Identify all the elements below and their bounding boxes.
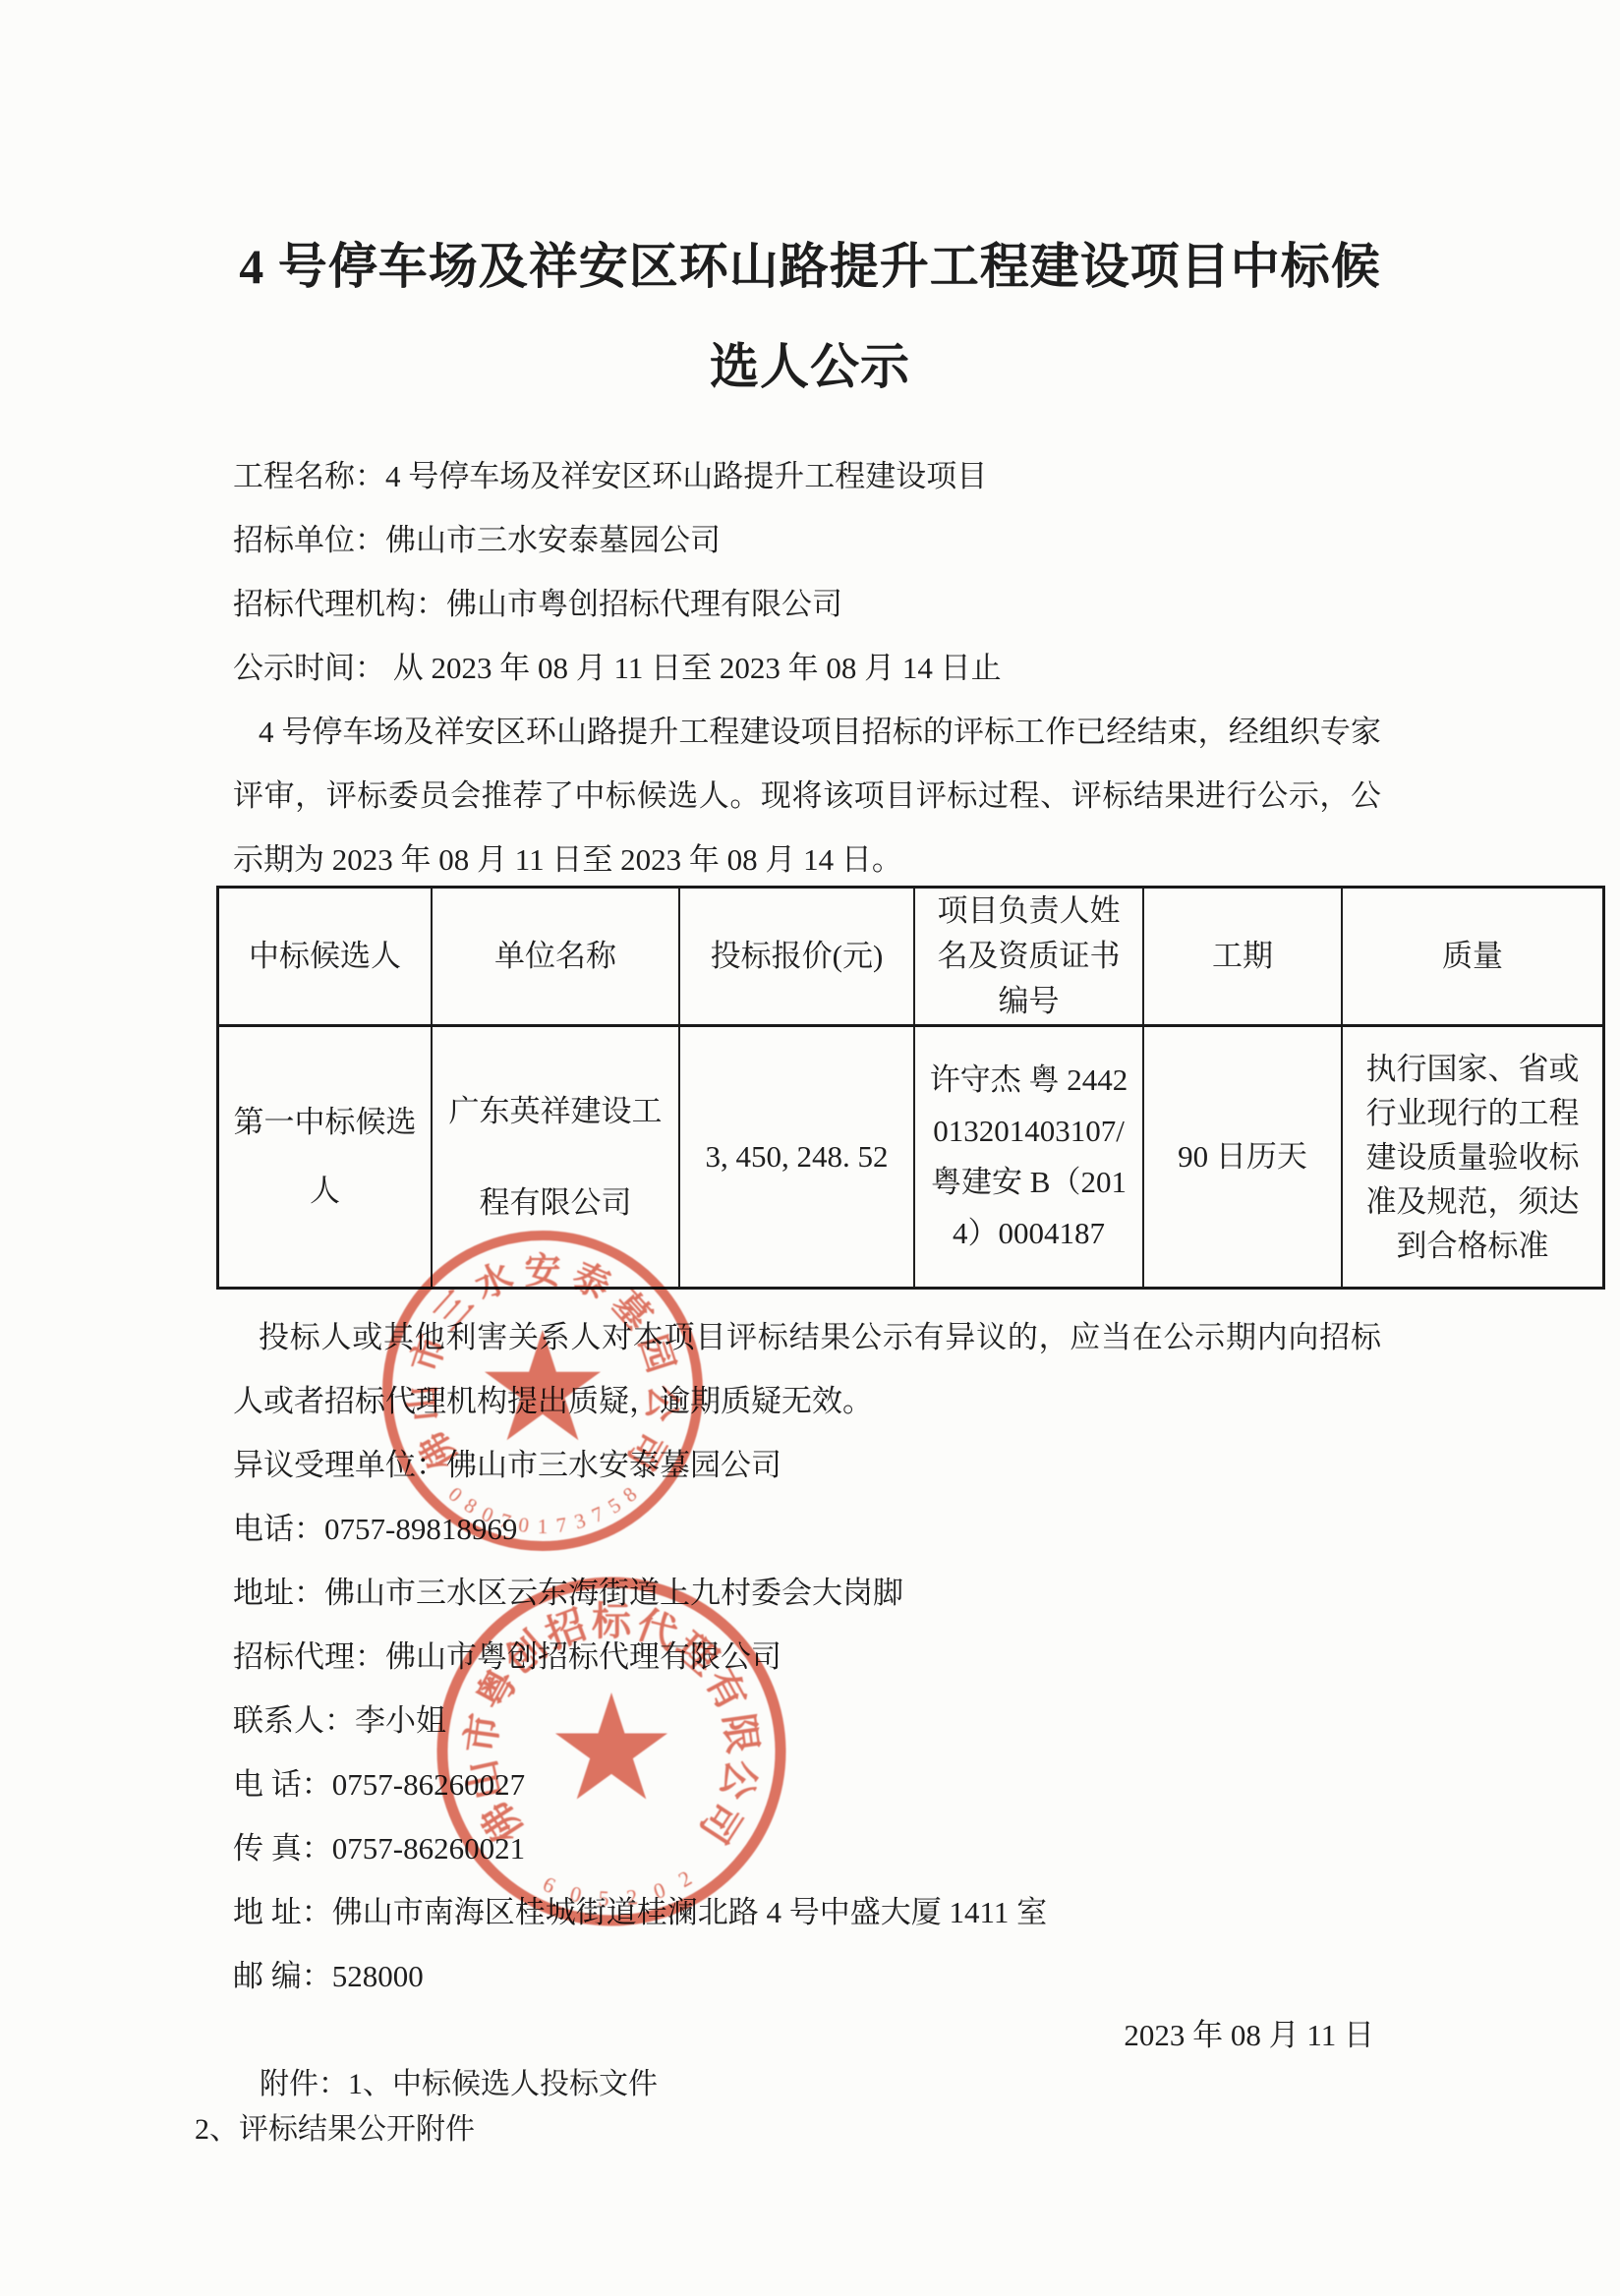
contact-line-agency-phone: 电 话：0757-86260027	[233, 1752, 1443, 1816]
attachment-line-2: 2、评标结果公开附件	[195, 2107, 1620, 2152]
info-label: 招标代理机构：	[233, 587, 446, 621]
contact-value: 0757-89818969	[324, 1512, 517, 1546]
attachment-line-1: 附件：1、中标候选人投标文件	[260, 2062, 1620, 2107]
project-info: 工程名称：4 号停车场及祥安区环山路提升工程建设项目 招标单位：佛山市三水安泰墓…	[233, 444, 1443, 700]
info-value: 4 号停车场及祥安区环山路提升工程建设项目	[385, 459, 987, 493]
contact-value: 0757-86260027	[332, 1767, 525, 1802]
contact-value: 528000	[332, 1959, 424, 1993]
issue-date: 2023 年 08 月 11 日	[0, 2008, 1620, 2062]
cell-bid-price: 3, 450, 248. 52	[679, 1026, 914, 1289]
contact-line-objection-unit: 异议受理单位：佛山市三水安泰墓园公司	[233, 1433, 1443, 1497]
header-cell-candidate: 中标候选人	[218, 888, 433, 1026]
header-cell-duration: 工期	[1143, 888, 1342, 1026]
info-line-project-name: 工程名称：4 号停车场及祥安区环山路提升工程建设项目	[233, 444, 1443, 508]
page-title-line2: 选人公示	[710, 339, 910, 394]
table-header-row: 中标候选人 单位名称 投标报价(元) 项目负责人姓名及资质证书编号 工期 质量	[218, 888, 1604, 1026]
contact-line-agency: 招标代理：佛山市粤创招标代理有限公司	[233, 1625, 1443, 1689]
contact-value: 0757-86260021	[332, 1831, 525, 1865]
contact-label: 传 真：	[233, 1831, 332, 1865]
objection-paragraph: 投标人或其他利害关系人对本项目评标结果公示有异议的，应当在公示期内向招标人或者招…	[233, 1305, 1381, 1433]
info-value: 佛山市粤创招标代理有限公司	[446, 587, 842, 621]
contact-label: 联系人：	[233, 1703, 355, 1738]
cell-candidate-rank: 第一中标候选人	[218, 1026, 433, 1289]
contact-label: 电话：	[233, 1512, 324, 1546]
table-row: 第一中标候选人 广东英祥建设工程有限公司 3, 450, 248. 52 许守杰…	[218, 1026, 1604, 1289]
contact-block: 异议受理单位：佛山市三水安泰墓园公司 电话：0757-89818969 地址：佛…	[233, 1433, 1443, 2008]
info-value: 佛山市三水安泰墓园公司	[385, 523, 721, 557]
info-line-publicity-period: 公示时间： 从 2023 年 08 月 11 日至 2023 年 08 月 14…	[233, 636, 1443, 700]
contact-label: 邮 编：	[233, 1959, 332, 1993]
cell-company-name: 广东英祥建设工程有限公司	[432, 1026, 679, 1289]
contact-value: 佛山市南海区桂城街道桂澜北路 4 号中盛大厦 1411 室	[332, 1895, 1047, 1929]
contact-line-phone: 电话：0757-89818969	[233, 1497, 1443, 1561]
header-cell-quality: 质量	[1342, 888, 1604, 1026]
header-cell-company: 单位名称	[432, 888, 679, 1026]
contact-label: 招标代理：	[233, 1639, 385, 1674]
info-label: 招标单位：	[233, 523, 385, 557]
contact-line-postcode: 邮 编：528000	[233, 1944, 1443, 2008]
contact-label: 异议受理单位：	[233, 1448, 446, 1482]
header-cell-price: 投标报价(元)	[679, 888, 914, 1026]
cell-duration: 90 日历天	[1143, 1026, 1342, 1289]
info-line-tenderee: 招标单位：佛山市三水安泰墓园公司	[233, 508, 1443, 572]
bid-candidates-table: 中标候选人 单位名称 投标报价(元) 项目负责人姓名及资质证书编号 工期 质量 …	[216, 886, 1605, 1290]
document-page: 4 号停车场及祥安区环山路提升工程建设项目中标候选人公示 工程名称：4 号停车场…	[0, 0, 1620, 2296]
contact-label: 地址：	[233, 1576, 324, 1610]
header-cell-manager: 项目负责人姓名及资质证书编号	[914, 888, 1143, 1026]
info-line-agency: 招标代理机构：佛山市粤创招标代理有限公司	[233, 572, 1443, 636]
page-title-line1: 4 号停车场及祥安区环山路提升工程建设项目中标候	[239, 239, 1381, 294]
document-body: 工程名称：4 号停车场及祥安区环山路提升工程建设项目 招标单位：佛山市三水安泰墓…	[233, 444, 1443, 2008]
contact-line-address: 地址：佛山市三水区云东海街道上九村委会大岗脚	[233, 1561, 1443, 1625]
contact-value: 佛山市三水安泰墓园公司	[446, 1448, 781, 1482]
info-label: 工程名称：	[233, 459, 385, 493]
contact-line-agency-address: 地 址：佛山市南海区桂城街道桂澜北路 4 号中盛大厦 1411 室	[233, 1880, 1443, 1944]
cell-project-manager: 许守杰 粤 2442013201403107/粤建安 B（2014）000418…	[914, 1026, 1143, 1289]
info-value: 从 2023 年 08 月 11 日至 2023 年 08 月 14 日止	[385, 651, 1002, 685]
contact-value: 佛山市粤创招标代理有限公司	[385, 1639, 781, 1674]
contact-label: 电 话：	[233, 1767, 332, 1802]
contact-label: 地 址：	[233, 1895, 332, 1929]
info-label: 公示时间：	[233, 651, 385, 685]
contact-line-person: 联系人：李小姐	[233, 1689, 1443, 1752]
contact-value: 佛山市三水区云东海街道上九村委会大岗脚	[324, 1576, 903, 1610]
intro-paragraph: 4 号停车场及祥安区环山路提升工程建设项目招标的评标工作已经结束，经组织专家评审…	[233, 700, 1381, 891]
contact-value: 李小姐	[355, 1703, 446, 1738]
contact-line-fax: 传 真：0757-86260021	[233, 1816, 1443, 1880]
cell-quality: 执行国家、省或行业现行的工程建设质量验收标准及规范，须达到合格标准	[1342, 1026, 1604, 1289]
page-title: 4 号停车场及祥安区环山路提升工程建设项目中标候选人公示	[0, 216, 1620, 417]
